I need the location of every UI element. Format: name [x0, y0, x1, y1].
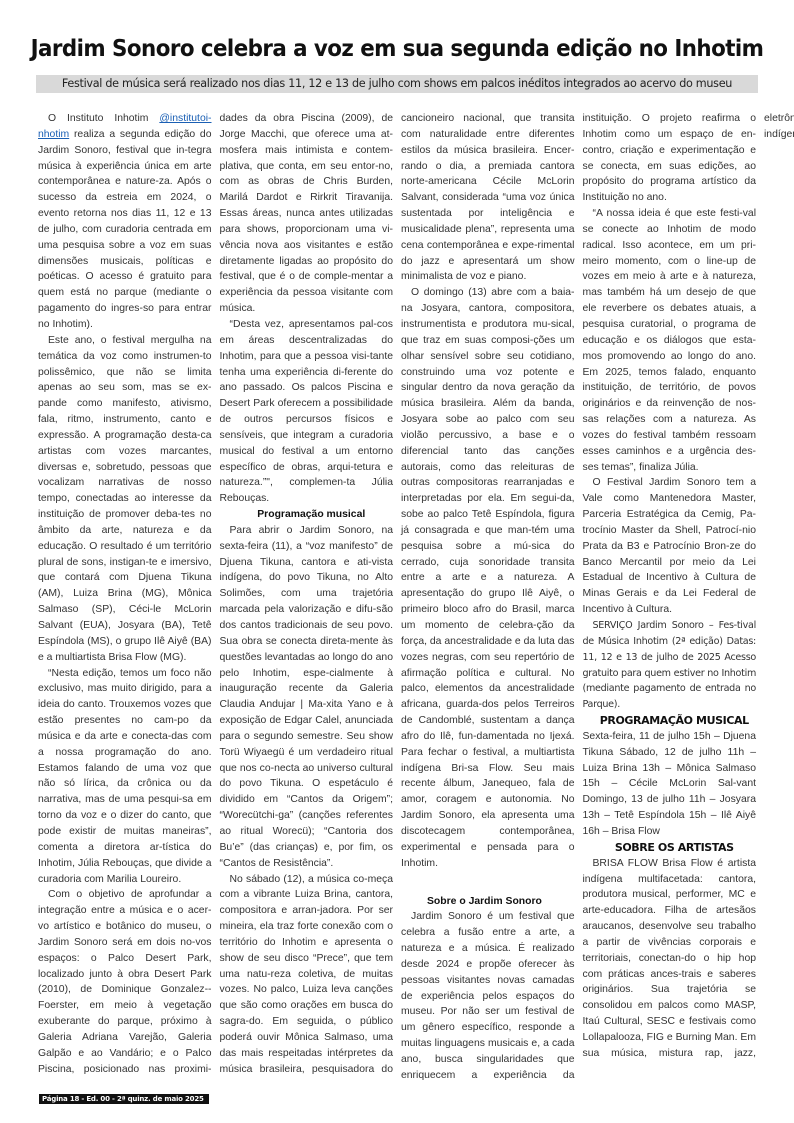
- intro-text: O Instituto Inhotim: [48, 113, 159, 124]
- page-footer: Página 18 - Ed. 00 - 2ª quinz. de maio 2…: [39, 1094, 209, 1104]
- paragraph-servico: SERVIÇO Jardim Sonoro – Fes-tival de Mús…: [583, 618, 757, 713]
- subheadline: Festival de música será realizado nos di…: [36, 75, 758, 93]
- paragraph-quote-julia: “Nesta edição, temos um foco não exclusi…: [38, 666, 212, 888]
- paragraph-schedule: Sexta-feira, 11 de julho 15h – Djuena Ti…: [583, 729, 757, 840]
- section-title-sobre: Sobre o Jardim Sonoro: [401, 894, 575, 910]
- paragraph-quote-stages: “Desta vez, apresentamos pal-cos em área…: [220, 317, 394, 507]
- article-body: O Instituto Inhotim @institutoi-nhotim r…: [38, 111, 756, 1086]
- section-title-programacao: Programação musical: [220, 507, 394, 523]
- paragraph-quote-ideia: “A nossa ideia é que este festi-val se c…: [583, 206, 757, 475]
- paragraph-sponsors: O Festival Jardim Sonoro tem a Vale como…: [583, 475, 757, 618]
- paragraph-intro: O Instituto Inhotim @institutoi-nhotim r…: [38, 111, 212, 333]
- paragraph-friday: Para abrir o Jardim Sonoro, na sexta-fei…: [220, 523, 394, 872]
- section-title-artistas: SOBRE OS ARTISTAS: [583, 840, 757, 856]
- section-title-programacao-caps: PROGRAMAÇÃO MUSICAL: [583, 713, 757, 729]
- headline: Jardim Sonoro celebra a voz em sua segun…: [28, 36, 766, 62]
- paragraph-theme: Este ano, o festival mergulha na temátic…: [38, 333, 212, 666]
- intro-text-cont: realiza a segunda edição do Jardim Sonor…: [38, 129, 212, 330]
- paragraph-sunday: O domingo (13) abre com a baia-na Josyar…: [401, 285, 575, 871]
